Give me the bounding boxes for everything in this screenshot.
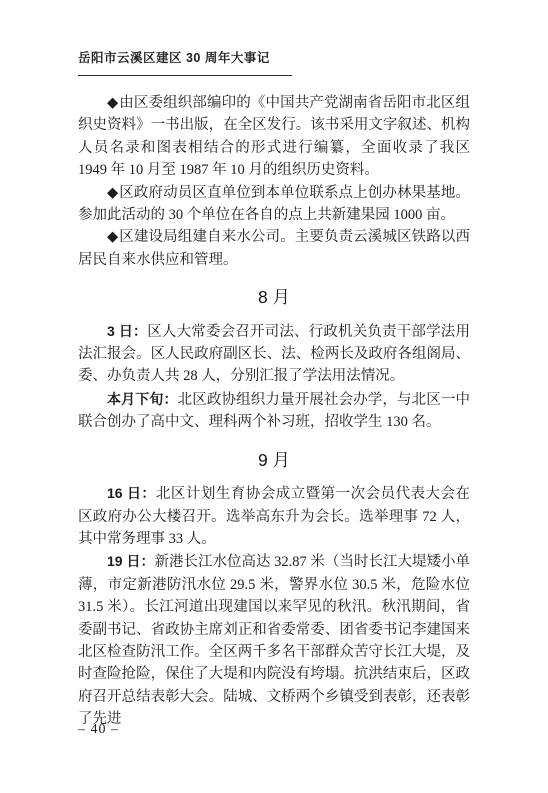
paragraph-text: 新港长江水位高达 32.87 米（当时长江大堤矮小单薄，市定新港防汛水位 29.…	[78, 554, 470, 727]
dated-entry-paragraph: 本月下旬：北区政协组织力量开展社会办学，与北区一中联合创办了高中文、理科两个补习…	[78, 388, 470, 434]
page-footer: – 40 –	[78, 722, 119, 738]
dated-entry-paragraph: 19 日：新港长江水位高达 32.87 米（当时长江大堤矮小单薄，市定新港防汛水…	[78, 550, 470, 730]
entry-date-label: 本月下旬：	[107, 391, 178, 407]
month-heading-august: 8 月	[78, 286, 470, 308]
entry-date-label: 16 日：	[107, 485, 156, 501]
month-heading-september: 9 月	[78, 449, 470, 471]
bullet-paragraph: ◆区建设局组建自来水公司。主要负责云溪城区铁路以西居民自来水供应和管理。	[78, 226, 470, 271]
bullet-paragraph: ◆由区委组织部编印的《中国共产党湖南省岳阳市北区组织史资料》一书出版，在全区发行…	[78, 92, 470, 182]
dated-entry-paragraph: 16 日：北区计划生育协会成立暨第一次会员代表大会在区政府办公大楼召开。选举高东…	[78, 482, 470, 550]
running-header: 岳阳市云溪区建区 30 周年大事记	[78, 0, 470, 76]
diamond-bullet-icon: ◆	[107, 95, 119, 111]
page-body: ◆由区委组织部编印的《中国共产党湖南省岳阳市北区组织史资料》一书出版，在全区发行…	[78, 92, 470, 731]
running-header-title: 岳阳市云溪区建区 30 周年大事记	[78, 48, 470, 66]
diamond-bullet-icon: ◆	[107, 185, 119, 201]
paragraph-text: 由区委组织部编印的《中国共产党湖南省岳阳市北区组织史资料》一书出版，在全区发行。…	[78, 95, 470, 178]
entry-date-label: 3 日：	[107, 323, 147, 339]
bullet-paragraph: ◆区政府动员区直单位到本单位联系点上创办林果基地。参加此活动的 30 个单位在各…	[78, 182, 470, 227]
dated-entry-paragraph: 3 日：区人大常委会召开司法、行政机关负责干部学法用法汇报会。区人民政府副区长、…	[78, 320, 470, 388]
paragraph-text: 区政府动员区直单位到本单位联系点上创办林果基地。参加此活动的 30 个单位在各自…	[78, 185, 470, 223]
document-page: 岳阳市云溪区建区 30 周年大事记 ◆由区委组织部编印的《中国共产党湖南省岳阳市…	[0, 0, 548, 793]
page-number: – 40 –	[78, 722, 119, 737]
paragraph-text: 区建设局组建自来水公司。主要负责云溪城区铁路以西居民自来水供应和管理。	[78, 229, 470, 267]
diamond-bullet-icon: ◆	[107, 229, 119, 245]
header-rule	[78, 75, 292, 76]
page-content: 岳阳市云溪区建区 30 周年大事记 ◆由区委组织部编印的《中国共产党湖南省岳阳市…	[78, 0, 470, 731]
entry-date-label: 19 日：	[107, 553, 154, 569]
